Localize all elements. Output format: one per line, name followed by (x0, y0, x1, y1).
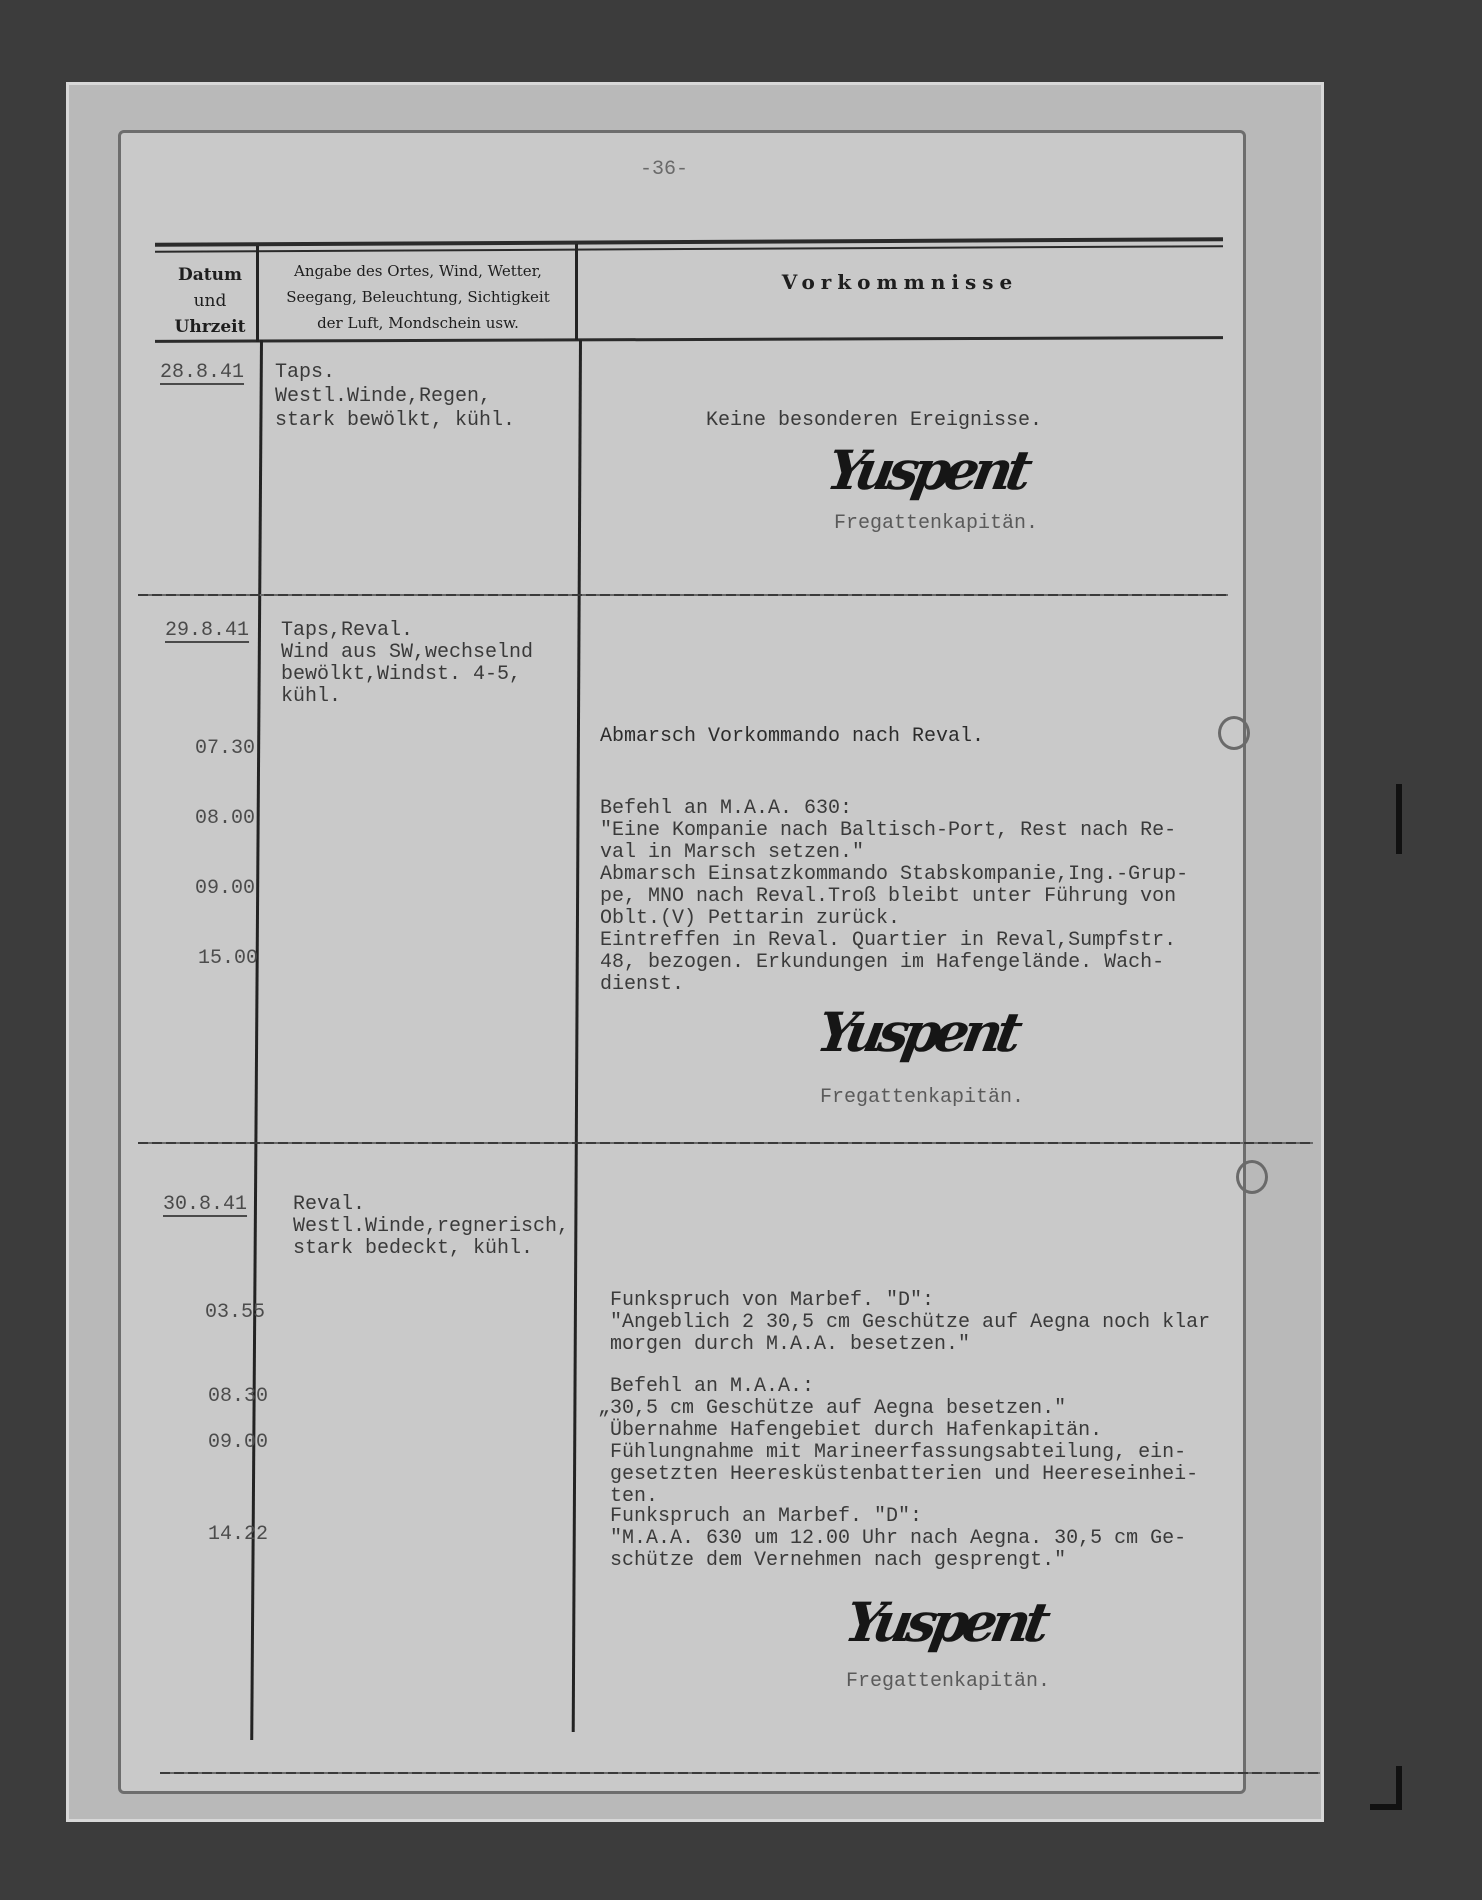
event-text: gesetzten Heeresküstenbatterien und Heer… (610, 1462, 1198, 1488)
event-time: 09.00 (155, 876, 255, 902)
entry-separator (138, 594, 1228, 596)
event-text: Keine besonderen Ereignisse. (706, 408, 1042, 434)
punch-hole (1218, 716, 1250, 750)
signature-rank: Fregattenkapitän. (820, 1086, 1024, 1109)
weather-line: kühl. (281, 684, 341, 710)
column-divider-2 (575, 244, 578, 340)
event-text: Abmarsch Vorkommando nach Reval. (600, 724, 984, 750)
event-text: schütze dem Vernehmen nach gesprengt." (610, 1548, 1066, 1574)
weather-line: Taps. (275, 360, 335, 386)
event-time: 09.00 (168, 1430, 268, 1456)
entry-date: 28.8.41 (160, 360, 244, 386)
signature-rank: Fregattenkapitän. (846, 1670, 1050, 1693)
header-line: der Luft, Mondschein usw. (258, 310, 578, 336)
event-text: morgen durch M.A.A. besetzen." (610, 1332, 970, 1358)
punch-hole (1236, 1160, 1268, 1194)
header-line: und (160, 288, 260, 314)
event-text: 48, bezogen. Erkundungen im Hafengelände… (600, 950, 1164, 976)
header-line: Uhrzeit (160, 314, 260, 340)
event-time: 15.00 (158, 946, 258, 972)
header-line: Datum (160, 262, 260, 288)
header-line: Angabe des Ortes, Wind, Wetter, (258, 258, 578, 284)
header-date-time: Datum und Uhrzeit (160, 262, 260, 340)
header-location-weather: Angabe des Ortes, Wind, Wetter, Seegang,… (258, 258, 578, 336)
header-line: Seegang, Beleuchtung, Sichtigkeit (258, 284, 578, 310)
event-time: 08.00 (155, 806, 255, 832)
weather-line: stark bedeckt, kühl. (293, 1236, 533, 1262)
weather-line: stark bewölkt, kühl. (275, 408, 515, 434)
event-time: 03.55 (165, 1300, 265, 1326)
entry-date: 30.8.41 (163, 1192, 247, 1218)
registration-mark (1370, 1804, 1402, 1810)
event-time: 08.30 (168, 1384, 268, 1410)
signature: Yuspent (822, 438, 1031, 502)
entry-separator (160, 1772, 1320, 1774)
entry-separator (138, 1142, 1313, 1144)
weather-line: Westl.Winde,Regen, (275, 384, 491, 410)
column-divider-1 (256, 246, 259, 342)
signature: Yuspent (840, 1590, 1049, 1654)
signature-rank: Fregattenkapitän. (834, 512, 1038, 535)
registration-mark (1396, 784, 1402, 854)
event-text: dienst. (600, 972, 684, 998)
header-events: Vorkommnisse (580, 270, 1220, 294)
signature: Yuspent (812, 1000, 1021, 1064)
entry-date: 29.8.41 (165, 618, 249, 644)
event-time: 07.30 (155, 736, 255, 762)
event-time: 14.22 (168, 1522, 268, 1548)
page-number: -36- (640, 158, 688, 181)
